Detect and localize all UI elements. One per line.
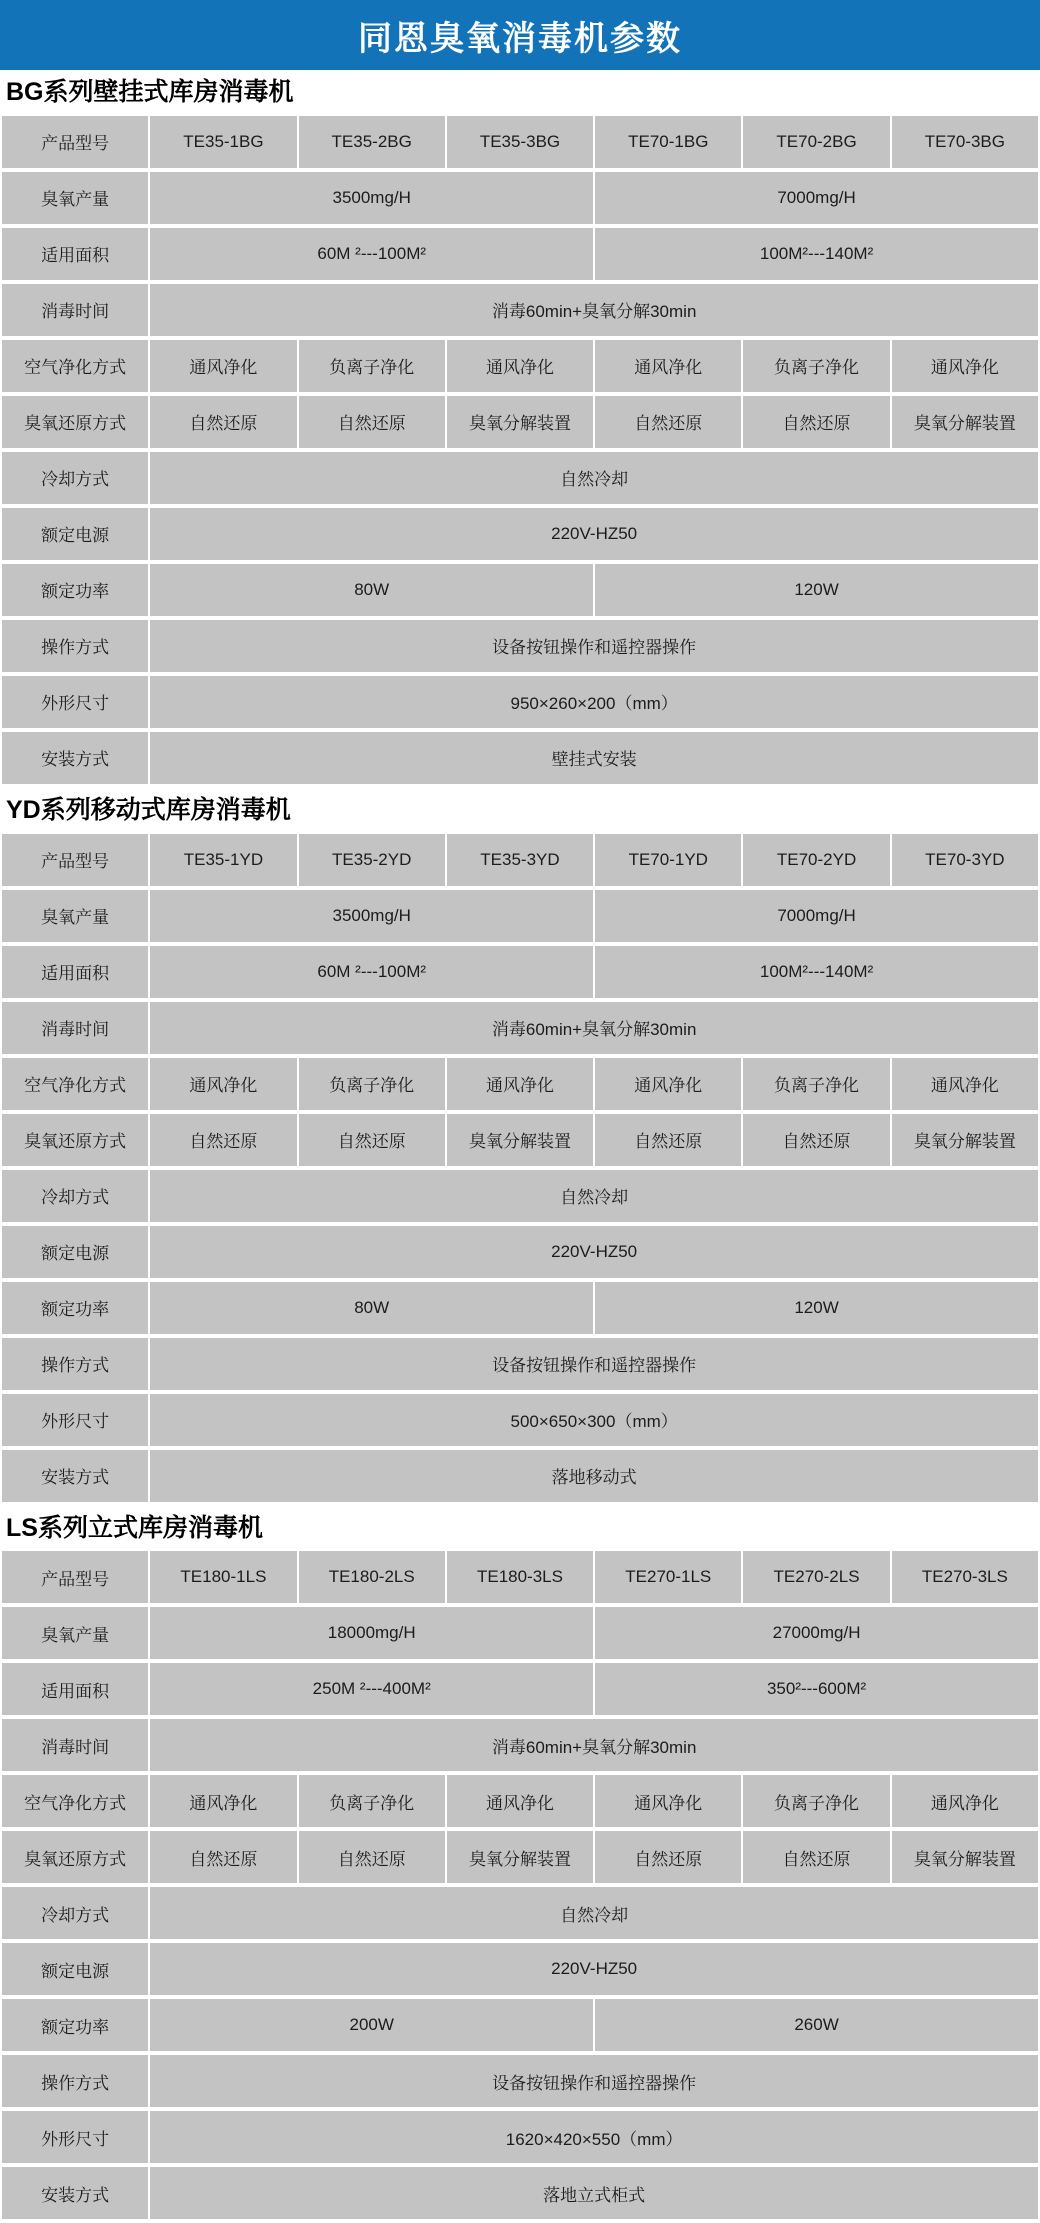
spec-value-cell: 950×260×200（mm） xyxy=(150,676,1038,728)
row-label-cell: 消毒时间 xyxy=(2,1002,148,1054)
model-cell: TE270-1LS xyxy=(595,1551,741,1603)
spec-value-cell: 自然冷却 xyxy=(150,452,1038,504)
spec-value-cell: 通风净化 xyxy=(595,1775,741,1827)
model-cell: TE70-3YD xyxy=(892,834,1038,886)
spec-value-cell: 350²---600M² xyxy=(595,1663,1038,1715)
row-label-cell: 额定功率 xyxy=(2,564,148,616)
row-label-cell: 臭氧产量 xyxy=(2,890,148,942)
model-cell: TE35-2BG xyxy=(299,116,445,168)
spec-value-cell: 自然还原 xyxy=(150,1114,296,1166)
model-cell: TE70-3BG xyxy=(892,116,1038,168)
spec-value-cell: 自然还原 xyxy=(150,396,296,448)
spec-value-cell: 27000mg/H xyxy=(595,1607,1038,1659)
table-row: 操作方式设备按钮操作和遥控器操作 xyxy=(2,1338,1038,1390)
spec-value-cell: 落地立式柜式 xyxy=(150,2167,1038,2219)
model-cell: TE35-3YD xyxy=(447,834,593,886)
table-row: 安装方式落地移动式 xyxy=(2,1450,1038,1502)
table-row: 适用面积250M ²---400M²350²---600M² xyxy=(2,1663,1038,1715)
model-cell: TE70-1BG xyxy=(595,116,741,168)
row-label-cell: 外形尺寸 xyxy=(2,2111,148,2163)
spec-value-cell: 通风净化 xyxy=(595,340,741,392)
spec-value-cell: 500×650×300（mm） xyxy=(150,1394,1038,1446)
row-label-cell: 额定功率 xyxy=(2,1282,148,1334)
row-label-cell: 消毒时间 xyxy=(2,1719,148,1771)
spec-value-cell: 壁挂式安装 xyxy=(150,732,1038,784)
row-label-cell: 空气净化方式 xyxy=(2,1058,148,1110)
row-label-cell: 冷却方式 xyxy=(2,452,148,504)
model-cell: TE70-2BG xyxy=(743,116,889,168)
row-label-cell: 安装方式 xyxy=(2,2167,148,2219)
section-yd: YD系列移动式库房消毒机 产品型号TE35-1YDTE35-2YDTE35-3Y… xyxy=(0,788,1040,1506)
model-cell: TE70-2YD xyxy=(743,834,889,886)
model-cell: TE35-2YD xyxy=(299,834,445,886)
table-row: 额定电源220V-HZ50 xyxy=(2,1226,1038,1278)
row-label-cell: 臭氧还原方式 xyxy=(2,1114,148,1166)
spec-value-cell: 负离子净化 xyxy=(743,1058,889,1110)
spec-value-cell: 自然冷却 xyxy=(150,1887,1038,1939)
section-ls: LS系列立式库房消毒机 产品型号TE180-1LSTE180-2LSTE180-… xyxy=(0,1506,1040,2223)
table-row: 额定功率80W120W xyxy=(2,1282,1038,1334)
row-label-cell: 产品型号 xyxy=(2,116,148,168)
model-cell: TE180-2LS xyxy=(299,1551,445,1603)
spec-value-cell: 自然还原 xyxy=(299,1114,445,1166)
spec-value-cell: 220V-HZ50 xyxy=(150,1943,1038,1995)
spec-value-cell: 臭氧分解装置 xyxy=(892,1114,1038,1166)
model-cell: TE180-3LS xyxy=(447,1551,593,1603)
row-label-cell: 额定功率 xyxy=(2,1999,148,2051)
spec-value-cell: 通风净化 xyxy=(447,1058,593,1110)
spec-value-cell: 自然还原 xyxy=(743,396,889,448)
spec-value-cell: 自然还原 xyxy=(595,396,741,448)
spec-value-cell: 通风净化 xyxy=(150,1775,296,1827)
spec-value-cell: 自然还原 xyxy=(595,1114,741,1166)
spec-value-cell: 通风净化 xyxy=(892,1775,1038,1827)
row-label-cell: 操作方式 xyxy=(2,1338,148,1390)
row-label-cell: 安装方式 xyxy=(2,1450,148,1502)
row-label-cell: 适用面积 xyxy=(2,228,148,280)
spec-value-cell: 100M²---140M² xyxy=(595,228,1038,280)
table-row: 消毒时间消毒60min+臭氧分解30min xyxy=(2,1002,1038,1054)
row-label-cell: 额定电源 xyxy=(2,1226,148,1278)
spec-table-yd: 产品型号TE35-1YDTE35-2YDTE35-3YDTE70-1YDTE70… xyxy=(0,830,1040,1506)
page-title: 同恩臭氧消毒机参数 xyxy=(358,11,682,60)
spec-value-cell: 负离子净化 xyxy=(743,1775,889,1827)
row-label-cell: 操作方式 xyxy=(2,2055,148,2107)
model-cell: TE35-3BG xyxy=(447,116,593,168)
model-cell: TE70-1YD xyxy=(595,834,741,886)
spec-value-cell: 设备按钮操作和遥控器操作 xyxy=(150,1338,1038,1390)
table-row: 额定电源220V-HZ50 xyxy=(2,1943,1038,1995)
spec-value-cell: 60M ²---100M² xyxy=(150,946,593,998)
row-label-cell: 安装方式 xyxy=(2,732,148,784)
spec-value-cell: 负离子净化 xyxy=(299,1058,445,1110)
row-label-cell: 臭氧产量 xyxy=(2,172,148,224)
section-heading-ls: LS系列立式库房消毒机 xyxy=(0,1506,1040,1548)
spec-value-cell: 设备按钮操作和遥控器操作 xyxy=(150,2055,1038,2107)
table-row: 外形尺寸1620×420×550（mm） xyxy=(2,2111,1038,2163)
spec-value-cell: 通风净化 xyxy=(150,1058,296,1110)
row-label-cell: 空气净化方式 xyxy=(2,340,148,392)
model-cell: TE35-1BG xyxy=(150,116,296,168)
spec-value-cell: 消毒60min+臭氧分解30min xyxy=(150,1002,1038,1054)
table-row: 冷却方式自然冷却 xyxy=(2,452,1038,504)
spec-value-cell: 100M²---140M² xyxy=(595,946,1038,998)
spec-value-cell: 消毒60min+臭氧分解30min xyxy=(150,284,1038,336)
row-label-cell: 空气净化方式 xyxy=(2,1775,148,1827)
spec-value-cell: 设备按钮操作和遥控器操作 xyxy=(150,620,1038,672)
table-row: 空气净化方式通风净化负离子净化通风净化通风净化负离子净化通风净化 xyxy=(2,1775,1038,1827)
section-heading-bg: BG系列壁挂式库房消毒机 xyxy=(0,70,1040,112)
table-row: 臭氧还原方式自然还原自然还原臭氧分解装置自然还原自然还原臭氧分解装置 xyxy=(2,396,1038,448)
spec-value-cell: 自然还原 xyxy=(595,1831,741,1883)
table-row: 外形尺寸950×260×200（mm） xyxy=(2,676,1038,728)
spec-value-cell: 通风净化 xyxy=(447,1775,593,1827)
row-label-cell: 臭氧还原方式 xyxy=(2,1831,148,1883)
spec-value-cell: 臭氧分解装置 xyxy=(447,1831,593,1883)
row-label-cell: 额定电源 xyxy=(2,508,148,560)
spec-value-cell: 自然还原 xyxy=(299,396,445,448)
table-row: 臭氧产量3500mg/H7000mg/H xyxy=(2,890,1038,942)
table-row: 外形尺寸500×650×300（mm） xyxy=(2,1394,1038,1446)
spec-value-cell: 负离子净化 xyxy=(743,340,889,392)
row-label-cell: 适用面积 xyxy=(2,1663,148,1715)
table-row: 安装方式落地立式柜式 xyxy=(2,2167,1038,2219)
model-cell: TE270-3LS xyxy=(892,1551,1038,1603)
spec-value-cell: 200W xyxy=(150,1999,593,2051)
spec-value-cell: 负离子净化 xyxy=(299,1775,445,1827)
model-cell: TE35-1YD xyxy=(150,834,296,886)
spec-value-cell: 通风净化 xyxy=(150,340,296,392)
spec-value-cell: 自然还原 xyxy=(743,1114,889,1166)
spec-value-cell: 自然冷却 xyxy=(150,1170,1038,1222)
row-label-cell: 产品型号 xyxy=(2,834,148,886)
table-row: 安装方式壁挂式安装 xyxy=(2,732,1038,784)
table-row: 冷却方式自然冷却 xyxy=(2,1170,1038,1222)
spec-value-cell: 消毒60min+臭氧分解30min xyxy=(150,1719,1038,1771)
spec-value-cell: 220V-HZ50 xyxy=(150,508,1038,560)
model-cell: TE270-2LS xyxy=(743,1551,889,1603)
spec-value-cell: 自然还原 xyxy=(150,1831,296,1883)
spec-value-cell: 220V-HZ50 xyxy=(150,1226,1038,1278)
row-label-cell: 冷却方式 xyxy=(2,1170,148,1222)
table-row: 消毒时间消毒60min+臭氧分解30min xyxy=(2,1719,1038,1771)
spec-value-cell: 自然还原 xyxy=(743,1831,889,1883)
spec-value-cell: 通风净化 xyxy=(892,340,1038,392)
spec-value-cell: 自然还原 xyxy=(299,1831,445,1883)
spec-value-cell: 3500mg/H xyxy=(150,890,593,942)
section-bg: BG系列壁挂式库房消毒机 产品型号TE35-1BGTE35-2BGTE35-3B… xyxy=(0,70,1040,788)
spec-value-cell: 250M ²---400M² xyxy=(150,1663,593,1715)
row-label-cell: 消毒时间 xyxy=(2,284,148,336)
table-row: 臭氧还原方式自然还原自然还原臭氧分解装置自然还原自然还原臭氧分解装置 xyxy=(2,1831,1038,1883)
spec-value-cell: 通风净化 xyxy=(595,1058,741,1110)
spec-value-cell: 通风净化 xyxy=(447,340,593,392)
row-label-cell: 外形尺寸 xyxy=(2,1394,148,1446)
spec-value-cell: 7000mg/H xyxy=(595,172,1038,224)
spec-value-cell: 120W xyxy=(595,1282,1038,1334)
table-row: 冷却方式自然冷却 xyxy=(2,1887,1038,1939)
table-row: 臭氧产量3500mg/H7000mg/H xyxy=(2,172,1038,224)
spec-value-cell: 7000mg/H xyxy=(595,890,1038,942)
spec-value-cell: 臭氧分解装置 xyxy=(447,1114,593,1166)
row-label-cell: 冷却方式 xyxy=(2,1887,148,1939)
spec-table-ls: 产品型号TE180-1LSTE180-2LSTE180-3LSTE270-1LS… xyxy=(0,1547,1040,2223)
table-row: 空气净化方式通风净化负离子净化通风净化通风净化负离子净化通风净化 xyxy=(2,1058,1038,1110)
row-label-cell: 臭氧还原方式 xyxy=(2,396,148,448)
table-row: 适用面积60M ²---100M²100M²---140M² xyxy=(2,946,1038,998)
table-row: 操作方式设备按钮操作和遥控器操作 xyxy=(2,2055,1038,2107)
row-label-cell: 外形尺寸 xyxy=(2,676,148,728)
section-heading-yd: YD系列移动式库房消毒机 xyxy=(0,788,1040,830)
row-label-cell: 臭氧产量 xyxy=(2,1607,148,1659)
table-row: 臭氧产量18000mg/H27000mg/H xyxy=(2,1607,1038,1659)
spec-value-cell: 80W xyxy=(150,564,593,616)
table-row: 产品型号TE35-1BGTE35-2BGTE35-3BGTE70-1BGTE70… xyxy=(2,116,1038,168)
spec-value-cell: 120W xyxy=(595,564,1038,616)
spec-value-cell: 3500mg/H xyxy=(150,172,593,224)
table-row: 额定功率200W260W xyxy=(2,1999,1038,2051)
table-row: 空气净化方式通风净化负离子净化通风净化通风净化负离子净化通风净化 xyxy=(2,340,1038,392)
table-row: 额定功率80W120W xyxy=(2,564,1038,616)
spec-value-cell: 臭氧分解装置 xyxy=(447,396,593,448)
spec-value-cell: 通风净化 xyxy=(892,1058,1038,1110)
table-row: 消毒时间消毒60min+臭氧分解30min xyxy=(2,284,1038,336)
spec-value-cell: 臭氧分解装置 xyxy=(892,1831,1038,1883)
spec-value-cell: 80W xyxy=(150,1282,593,1334)
row-label-cell: 额定电源 xyxy=(2,1943,148,1995)
spec-value-cell: 60M ²---100M² xyxy=(150,228,593,280)
table-row: 臭氧还原方式自然还原自然还原臭氧分解装置自然还原自然还原臭氧分解装置 xyxy=(2,1114,1038,1166)
table-row: 产品型号TE35-1YDTE35-2YDTE35-3YDTE70-1YDTE70… xyxy=(2,834,1038,886)
table-row: 产品型号TE180-1LSTE180-2LSTE180-3LSTE270-1LS… xyxy=(2,1551,1038,1603)
spec-value-cell: 1620×420×550（mm） xyxy=(150,2111,1038,2163)
spec-table-bg: 产品型号TE35-1BGTE35-2BGTE35-3BGTE70-1BGTE70… xyxy=(0,112,1040,788)
spec-value-cell: 负离子净化 xyxy=(299,340,445,392)
table-row: 操作方式设备按钮操作和遥控器操作 xyxy=(2,620,1038,672)
table-row: 适用面积60M ²---100M²100M²---140M² xyxy=(2,228,1038,280)
row-label-cell: 适用面积 xyxy=(2,946,148,998)
row-label-cell: 产品型号 xyxy=(2,1551,148,1603)
spec-value-cell: 18000mg/H xyxy=(150,1607,593,1659)
page-title-banner: 同恩臭氧消毒机参数 xyxy=(0,0,1040,70)
spec-value-cell: 260W xyxy=(595,1999,1038,2051)
table-row: 额定电源220V-HZ50 xyxy=(2,508,1038,560)
model-cell: TE180-1LS xyxy=(150,1551,296,1603)
spec-value-cell: 臭氧分解装置 xyxy=(892,396,1038,448)
spec-value-cell: 落地移动式 xyxy=(150,1450,1038,1502)
row-label-cell: 操作方式 xyxy=(2,620,148,672)
